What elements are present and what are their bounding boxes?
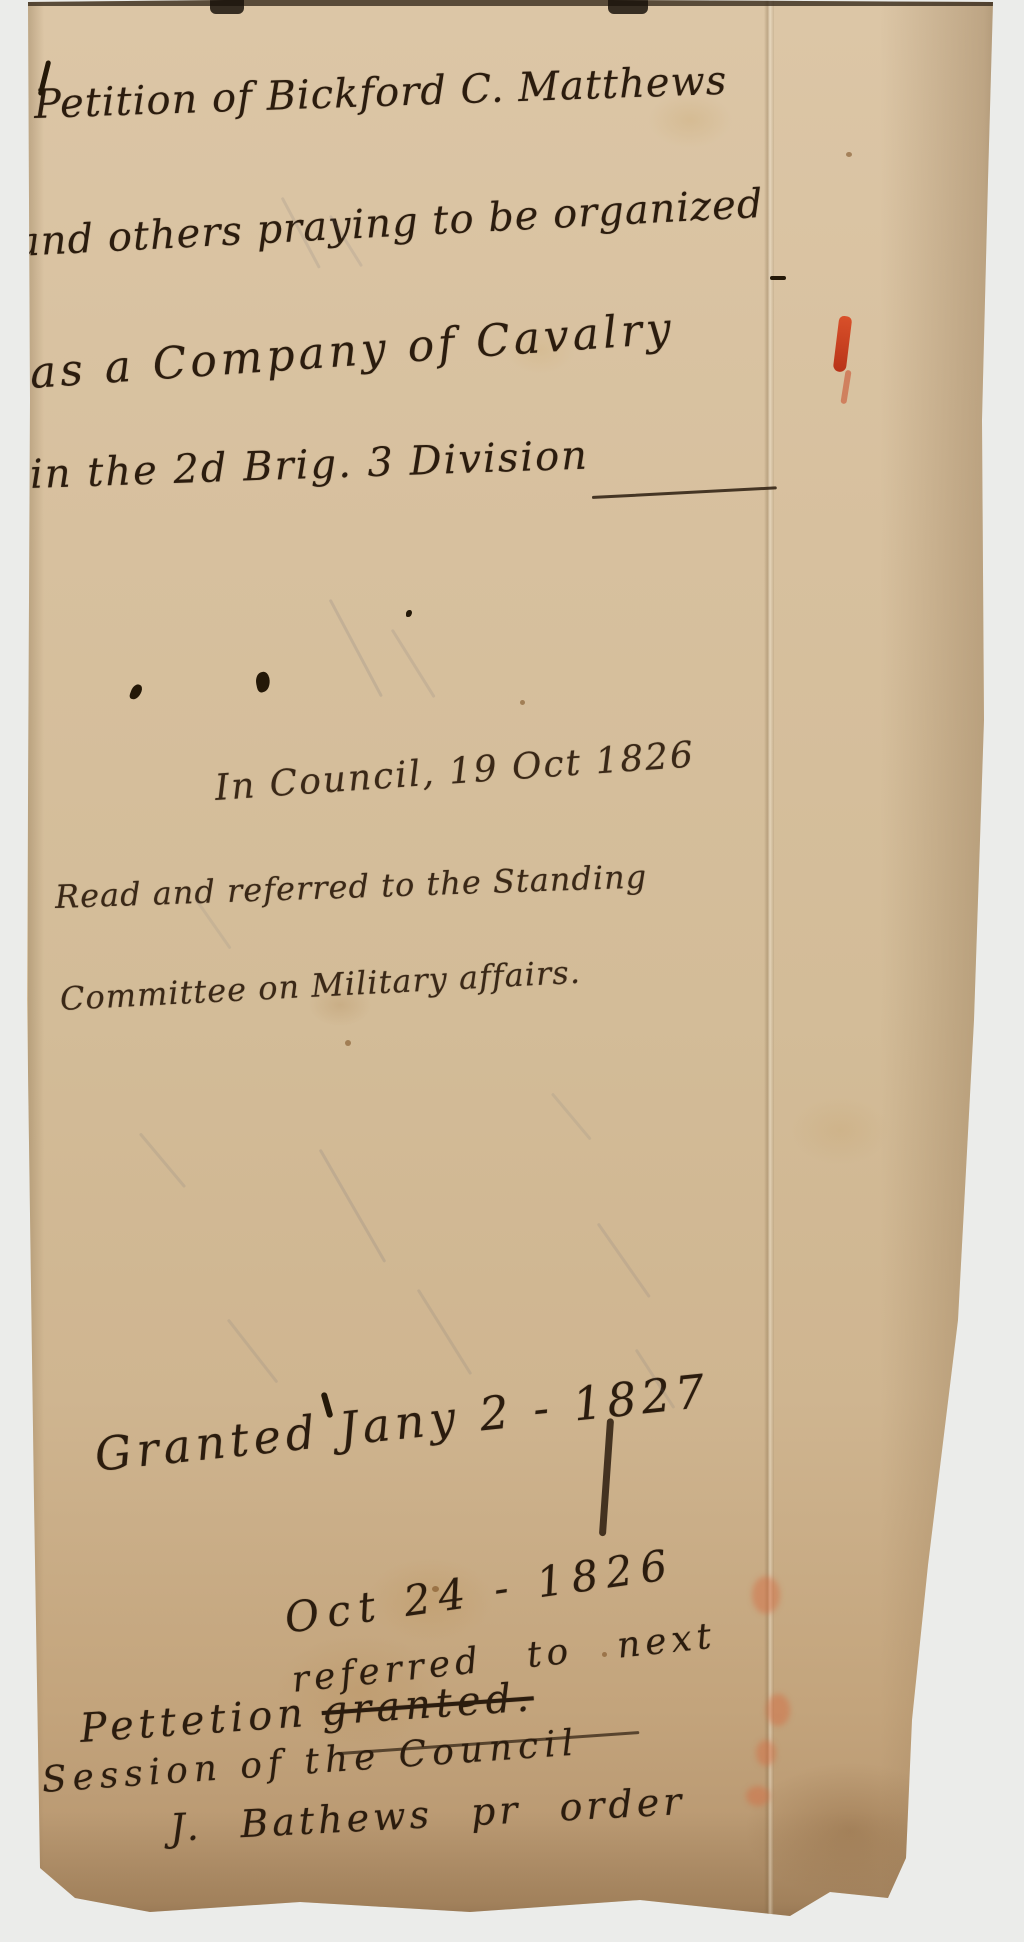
ink-dot bbox=[406, 610, 412, 617]
vertical-fold-crease bbox=[764, 0, 774, 1942]
left-edge-shadow bbox=[28, 0, 44, 1942]
red-tally-mark-tail bbox=[840, 370, 851, 405]
granted-note: Granted Jany 2 - 1827 bbox=[92, 1364, 712, 1482]
red-smudge bbox=[746, 1786, 770, 1806]
pencil-ghost-stroke bbox=[391, 629, 436, 698]
ink-blot bbox=[254, 671, 272, 693]
red-smudge bbox=[766, 1694, 790, 1726]
pencil-ghost-stroke bbox=[139, 1133, 186, 1189]
docket-title-line-1: Petition of Bickford C. Matthews bbox=[33, 58, 728, 128]
docket-title-line-3: as a Company of Cavalry bbox=[28, 303, 676, 399]
petition-paper: Petition of Bickford C. Matthews and oth… bbox=[0, 0, 1024, 1942]
council-line-2: Committee on Military affairs. bbox=[59, 953, 582, 1018]
pencil-ghost-stroke bbox=[227, 1319, 279, 1384]
right-edge-shadow bbox=[880, 0, 1010, 1942]
red-smudge bbox=[756, 1740, 776, 1766]
pencil-ghost-stroke bbox=[417, 1289, 473, 1375]
pencil-ghost-stroke bbox=[319, 1149, 387, 1263]
council-line-1: Read and referred to the Standing bbox=[54, 857, 647, 916]
document-scan: Petition of Bickford C. Matthews and oth… bbox=[0, 0, 1024, 1942]
top-edge-ink-mark bbox=[210, 0, 244, 14]
foxing-speck bbox=[602, 1652, 607, 1657]
division-flourish-line bbox=[592, 486, 777, 499]
top-edge-ink-mark bbox=[608, 0, 648, 14]
ink-dash bbox=[770, 276, 786, 280]
red-tally-mark bbox=[833, 315, 853, 372]
year-heavy-downstroke bbox=[599, 1418, 614, 1536]
red-smudge bbox=[752, 1576, 780, 1614]
council-heading: In Council, 19 Oct 1826 bbox=[214, 734, 697, 808]
pencil-ghost-stroke bbox=[551, 1093, 592, 1141]
foxing-speck bbox=[345, 1040, 351, 1046]
foxing-speck bbox=[520, 700, 525, 705]
ink-blot bbox=[129, 683, 144, 701]
foxing-speck bbox=[432, 1586, 439, 1592]
docket-title-line-2: and others praying to be organized bbox=[15, 181, 765, 266]
foxing-speck bbox=[846, 152, 852, 157]
pencil-ghost-stroke bbox=[329, 599, 383, 698]
pencil-ghost-stroke bbox=[597, 1223, 651, 1298]
paper-top-edge bbox=[28, 0, 994, 6]
docket-title-line-4: in the 2d Brig. 3 Division bbox=[29, 432, 589, 497]
